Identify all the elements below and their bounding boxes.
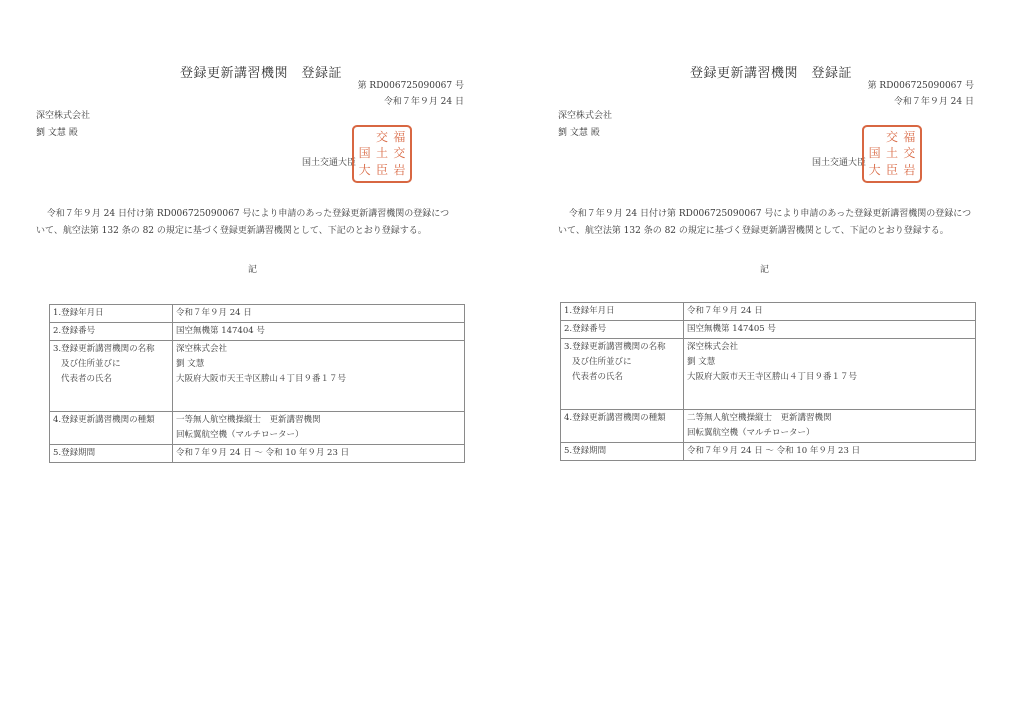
label-line: 3.登録更新講習機関の名称 — [53, 344, 155, 354]
row-value: 深空株式会社 劉 文慧 大阪府大阪市天王寺区勝山４丁目９番１７号 — [173, 341, 465, 412]
label-line: 3.登録更新講習機関の名称 — [564, 342, 666, 352]
value-line: 一等無人航空機操縦士 更新講習機関 — [176, 413, 461, 428]
row-label: 2.登録番号 — [561, 321, 684, 339]
row-value: 国空無機第 147405 号 — [684, 321, 976, 339]
body-paragraph: 令和７年９月 24 日付け第 RD006725090067 号により申請のあった… — [36, 206, 456, 239]
certificate-body: 令和７年９月 24 日付け第 RD006725090067 号により申請のあった… — [36, 206, 456, 239]
value-line: 回転翼航空機（マルチローター） — [687, 426, 972, 441]
org-address: 大阪府大阪市天王寺区勝山４丁目９番１７号 — [687, 370, 972, 385]
registration-table: 1.登録年月日 令和７年９月 24 日 2.登録番号 国空無機第 147405 … — [560, 302, 976, 461]
representative-name: 劉 文慧 — [687, 355, 972, 370]
certificate-title: 登録更新講習機関 登録証 — [690, 62, 852, 81]
seal-char: 臣 — [886, 164, 898, 177]
table-row: 5.登録期間 令和７年９月 24 日 ～ 令和 10 年９月 23 日 — [50, 445, 465, 463]
certificate-body: 令和７年９月 24 日付け第 RD006725090067 号により申請のあった… — [558, 206, 978, 239]
org-name: 深空株式会社 — [687, 340, 972, 355]
value-line: 回転翼航空機（マルチローター） — [176, 428, 461, 443]
recipient-company: 深空株式会社 — [558, 108, 612, 121]
record-marker: 記 — [760, 262, 769, 275]
value-line: 二等無人航空機操縦士 更新講習機関 — [687, 411, 972, 426]
row-label: 5.登録期間 — [50, 445, 173, 463]
recipient-person: 劉 文慧 殿 — [36, 125, 78, 138]
seal-char: 大 — [359, 164, 371, 177]
registration-table: 1.登録年月日 令和７年９月 24 日 2.登録番号 国空無機第 147404 … — [49, 304, 465, 463]
table-row: 3.登録更新講習機関の名称 及び住所並びに 代表者の氏名 深空株式会社 劉 文慧… — [50, 341, 465, 412]
table-row: 2.登録番号 国空無機第 147404 号 — [50, 323, 465, 341]
seal-char: 土 — [886, 147, 898, 160]
row-label: 5.登録期間 — [561, 443, 684, 461]
org-address: 大阪府大阪市天王寺区勝山４丁目９番１７号 — [176, 372, 461, 387]
row-label: 4.登録更新講習機関の種類 — [561, 410, 684, 443]
table-row: 3.登録更新講習機関の名称 及び住所並びに 代表者の氏名 深空株式会社 劉 文慧… — [561, 339, 976, 410]
seal-char: 臣 — [376, 164, 388, 177]
seal-char: 交 — [886, 131, 898, 144]
recipient-company: 深空株式会社 — [36, 108, 90, 121]
official-seal-icon: 交 福 国 土 交 大 臣 岩 — [352, 125, 412, 183]
org-name: 深空株式会社 — [176, 342, 461, 357]
row-value: 国空無機第 147404 号 — [173, 323, 465, 341]
certificate-page-1: 登録更新講習機関 登録証 第 RD006725090067 号 令和７年９月 2… — [0, 0, 512, 724]
row-value: 令和７年９月 24 日 ～ 令和 10 年９月 23 日 — [684, 443, 976, 461]
table-row: 5.登録期間 令和７年９月 24 日 ～ 令和 10 年９月 23 日 — [561, 443, 976, 461]
row-label: 1.登録年月日 — [561, 303, 684, 321]
issue-date: 令和７年９月 24 日 — [384, 94, 464, 107]
issuer-name: 国土交通大臣 — [302, 155, 356, 168]
certificate-number: 第 RD006725090067 号 — [868, 78, 974, 91]
seal-char: 国 — [359, 147, 371, 160]
certificate-title: 登録更新講習機関 登録証 — [180, 62, 342, 81]
row-label: 1.登録年月日 — [50, 305, 173, 323]
seal-char: 国 — [869, 147, 881, 160]
issue-date: 令和７年９月 24 日 — [894, 94, 974, 107]
seal-char: 岩 — [903, 164, 915, 177]
row-label: 3.登録更新講習機関の名称 及び住所並びに 代表者の氏名 — [561, 339, 684, 410]
seal-char: 土 — [376, 147, 388, 160]
table-row: 4.登録更新講習機関の種類 一等無人航空機操縦士 更新講習機関 回転翼航空機（マ… — [50, 412, 465, 445]
seal-char: 交 — [376, 131, 388, 144]
row-value: 一等無人航空機操縦士 更新講習機関 回転翼航空機（マルチローター） — [173, 412, 465, 445]
seal-char: 福 — [903, 131, 915, 144]
table-row: 1.登録年月日 令和７年９月 24 日 — [561, 303, 976, 321]
official-seal-icon: 交 福 国 土 交 大 臣 岩 — [862, 125, 922, 183]
row-label: 2.登録番号 — [50, 323, 173, 341]
issuer-name: 国土交通大臣 — [812, 155, 866, 168]
label-line: 及び住所並びに — [53, 357, 169, 372]
seal-char: 大 — [869, 164, 881, 177]
row-label: 4.登録更新講習機関の種類 — [50, 412, 173, 445]
row-value: 令和７年９月 24 日 ～ 令和 10 年９月 23 日 — [173, 445, 465, 463]
seal-char: 福 — [393, 131, 405, 144]
table-row: 2.登録番号 国空無機第 147405 号 — [561, 321, 976, 339]
row-value: 令和７年９月 24 日 — [684, 303, 976, 321]
seal-char: 交 — [393, 147, 405, 160]
row-value: 深空株式会社 劉 文慧 大阪府大阪市天王寺区勝山４丁目９番１７号 — [684, 339, 976, 410]
table-row: 1.登録年月日 令和７年９月 24 日 — [50, 305, 465, 323]
recipient-person: 劉 文慧 殿 — [558, 125, 600, 138]
row-value: 令和７年９月 24 日 — [173, 305, 465, 323]
body-paragraph: 令和７年９月 24 日付け第 RD006725090067 号により申請のあった… — [558, 206, 978, 239]
representative-name: 劉 文慧 — [176, 357, 461, 372]
table-row: 4.登録更新講習機関の種類 二等無人航空機操縦士 更新講習機関 回転翼航空機（マ… — [561, 410, 976, 443]
certificate-number: 第 RD006725090067 号 — [358, 78, 464, 91]
label-line: 及び住所並びに — [564, 355, 680, 370]
label-line: 代表者の氏名 — [564, 370, 680, 385]
record-marker: 記 — [248, 262, 257, 275]
seal-char: 交 — [903, 147, 915, 160]
label-line: 代表者の氏名 — [53, 372, 169, 387]
seal-char: 岩 — [393, 164, 405, 177]
row-label: 3.登録更新講習機関の名称 及び住所並びに 代表者の氏名 — [50, 341, 173, 412]
certificate-page-2: 登録更新講習機関 登録証 第 RD006725090067 号 令和７年９月 2… — [512, 0, 1024, 724]
row-value: 二等無人航空機操縦士 更新講習機関 回転翼航空機（マルチローター） — [684, 410, 976, 443]
